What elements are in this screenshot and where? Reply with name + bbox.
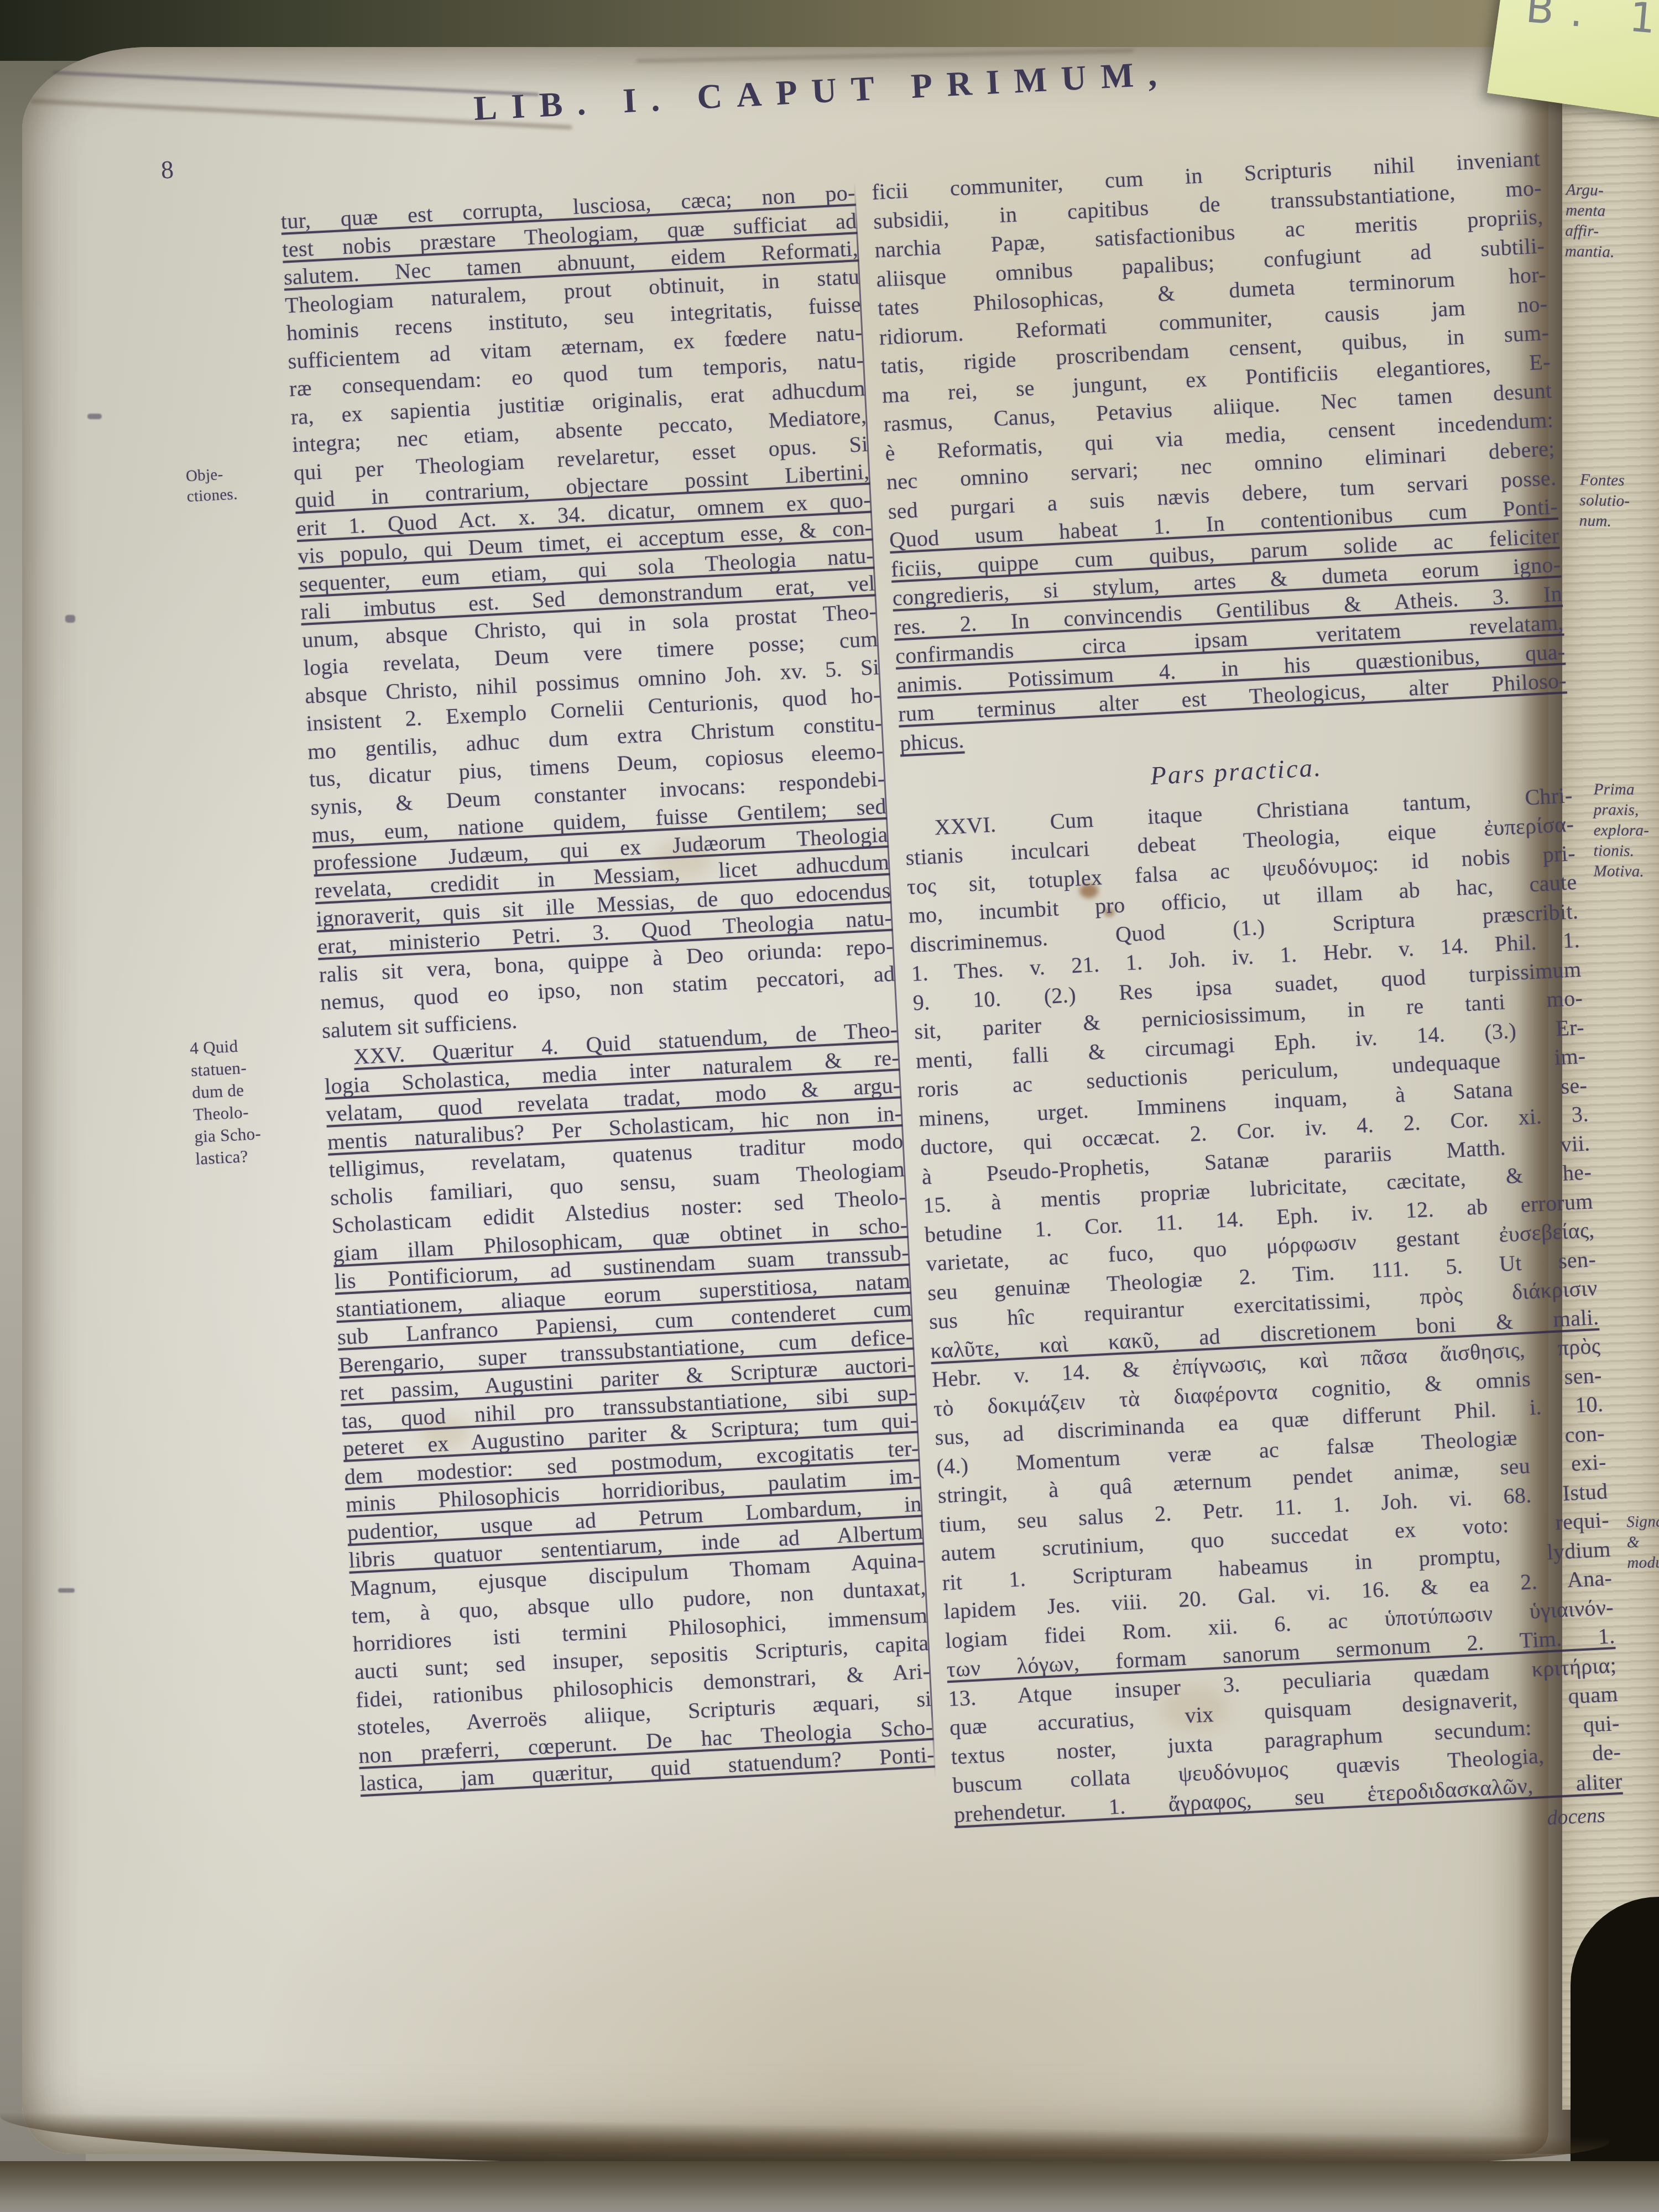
text-line: Prima — [1594, 780, 1650, 800]
text-line: Argu- — [1566, 180, 1616, 201]
book-photo: { "page": { "number": "8", "header_title… — [0, 0, 1659, 2212]
page-number: 8 — [160, 155, 175, 185]
text-line: mantia. — [1564, 241, 1615, 263]
text-line: Signa & — [1626, 1511, 1659, 1553]
text-column-right: ficii communiter, cum in Scripturis nihi… — [871, 144, 1625, 1863]
margin-note-objectiones: Obje-ctiones. — [185, 464, 238, 508]
sticky-note-label: B. 1 — [1524, 0, 1659, 44]
background-bottom-band — [0, 2161, 1659, 2212]
text-line: Theolo- — [192, 1100, 260, 1126]
text-line: lastica? — [195, 1145, 263, 1170]
text-line: menta — [1566, 200, 1616, 222]
text-line: 4 Quid — [189, 1034, 257, 1060]
text-column-left: tur, quæ est corrupta, lusciosa, cæca; n… — [280, 179, 935, 1797]
page-content: 8 LIB. I. CAPUT PRIMUM, tur, quæ est cor… — [68, 92, 1659, 2135]
text-line: ctiones. — [186, 484, 238, 507]
margin-note-prima-praxis: Primapraxis,explora-tionis.Motiva. — [1594, 780, 1650, 882]
text-line: num. — [1579, 511, 1630, 533]
text-line: praxis, — [1594, 800, 1650, 821]
margin-note-signa-et-modus: Signa &modus. — [1626, 1511, 1659, 1573]
margin-note-argumenta-affirmantia: Argu-mentaaffir-mantia. — [1564, 180, 1616, 263]
column-lines: ficii communiter, cum in Scripturis nihi… — [871, 144, 1569, 758]
column-lines: tur, quæ est corrupta, lusciosa, cæca; n… — [280, 179, 935, 1797]
margin-note-quid-statuendum: 4 Quidstatuen-dum deTheolo-gia Scho-last… — [189, 1034, 263, 1170]
text-line: statuen- — [190, 1056, 258, 1082]
margin-note-fontes-solutionum: Fontessolutio-num. — [1579, 470, 1630, 533]
text-line: gia Scho- — [194, 1123, 262, 1148]
ink-speck — [65, 615, 75, 623]
text-line: Fontes — [1580, 470, 1631, 492]
column-lines: XXVI. Cum itaque Christiana tantum, Chri… — [904, 781, 1623, 1829]
ink-speck — [58, 1588, 75, 1593]
text-line: Obje- — [185, 464, 237, 487]
text-line: solutio- — [1579, 491, 1630, 512]
text-line: Motiva. — [1594, 862, 1650, 882]
text-line: affir- — [1565, 221, 1615, 242]
text-line: explora- — [1594, 821, 1650, 841]
text-line: dum de — [191, 1078, 259, 1104]
text-line: tionis. — [1594, 841, 1650, 862]
text-line: modus. — [1627, 1552, 1659, 1573]
